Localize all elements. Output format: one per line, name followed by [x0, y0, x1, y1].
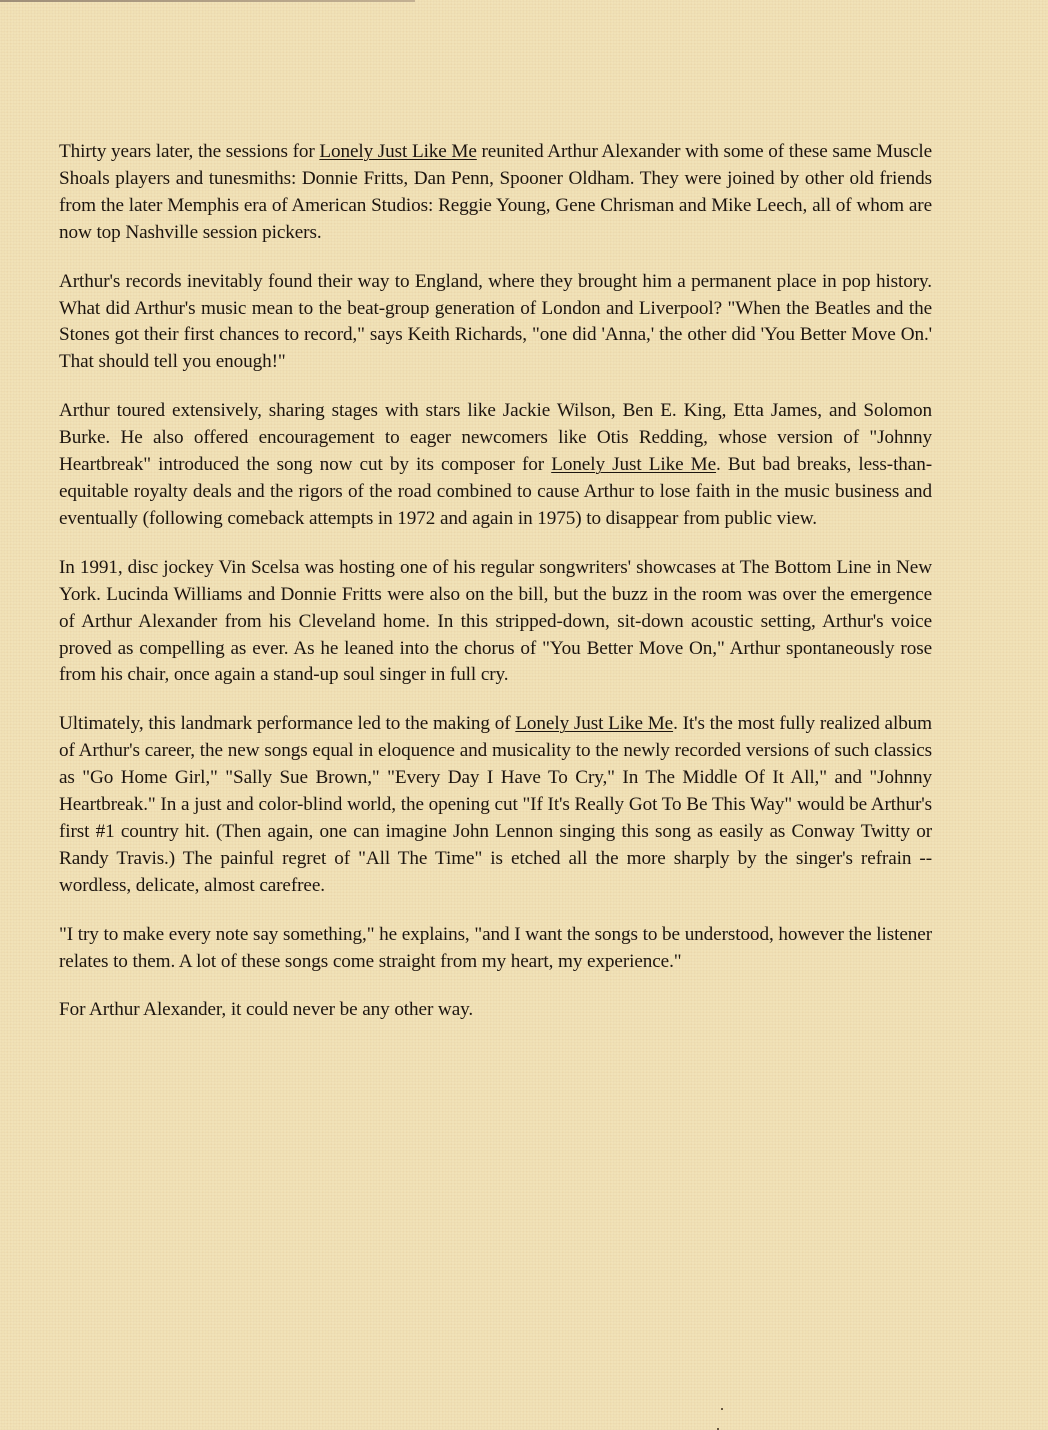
paragraph-text: For Arthur Alexander, it could never be … [59, 999, 473, 1020]
paragraph-text: "I try to make every note say something,… [59, 924, 932, 972]
paragraph-closing: For Arthur Alexander, it could never be … [59, 997, 932, 1024]
album-title: Lonely Just Like Me [551, 454, 716, 475]
paragraph-text: In 1991, disc jockey Vin Scelsa was host… [59, 557, 932, 686]
paragraph-england: Arthur's records inevitably found their … [59, 269, 932, 377]
album-title: Lonely Just Like Me [319, 141, 476, 162]
paragraph-bottom-line: In 1991, disc jockey Vin Scelsa was host… [59, 555, 932, 690]
paragraph-text: Ultimately, this landmark performance le… [59, 713, 515, 734]
paragraph-text: . It's the most fully realized album of … [59, 713, 932, 895]
paragraph-quote: "I try to make every note say something,… [59, 922, 932, 976]
paragraph-text: Arthur's records inevitably found their … [59, 271, 932, 373]
paragraph-touring: Arthur toured extensively, sharing stage… [59, 398, 932, 533]
scan-speck [721, 1408, 723, 1410]
liner-notes-page: Thirty years later, the sessions for Lon… [59, 139, 932, 1046]
scan-top-edge [0, 0, 415, 2]
paragraph-recording-sessions: Thirty years later, the sessions for Lon… [59, 139, 932, 247]
album-title: Lonely Just Like Me [515, 713, 673, 734]
paragraph-album: Ultimately, this landmark performance le… [59, 711, 932, 899]
paragraph-text: Thirty years later, the sessions for [59, 141, 319, 162]
